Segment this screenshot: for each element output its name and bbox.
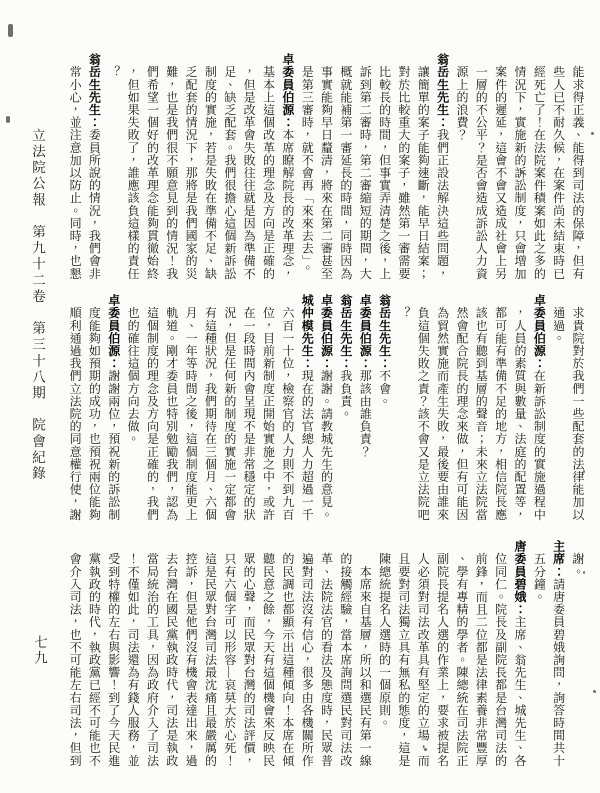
gazette-scanned-page: 立法院公報 第九十二卷 第三十八期 院會紀錄 七九 能求得正義、能得到司法的保障… [0,0,600,793]
text-column: ？ [394,294,413,530]
text-column: 去台灣在國民黨執政時代，司法是執政 [161,540,180,776]
text-column: 事實能夠早日釐清，將來在第二審甚至 [316,53,335,289]
speaker-name: 卓委員伯源： [107,294,121,370]
text-column: ？ [103,53,122,289]
speech-column: 翁岳生先生：委員所說的情況，我們會非 [84,53,103,289]
text-register-top: 能求得正義、能得到司法的保障，但有 些人已不耐久候，在案件尚未結束時已 經死亡了… [64,53,587,289]
text-column: 順利通過我們立法院的同意權行使，謝 [65,294,84,530]
text-column: 副院長提名人選的作業上，要求被提名 [432,540,451,776]
speaker-name: 主席： [552,540,566,578]
text-column: ，但如果失敗了，誰應該負這樣的責任 [123,53,142,289]
speaker-name: 唐委員碧娥： [513,540,527,616]
speaker-name: 卓委員伯源： [320,294,334,370]
text-column: 受到特權的左右與影響！到了今天民進 [103,540,122,776]
text-column: 然會配合院長的理念來做，但有可能因 [452,294,471,530]
speech-column: 翁岳生先生：我負責。 [336,294,355,530]
speaker-name: 翁岳生先生： [436,53,450,129]
text-register-bottom: 謝。主席：請唐委員碧娥詢問，詢答時間共十 五分鐘。唐委員碧娥：主席、翁先生、城先… [64,540,587,776]
speech-column: 卓委員伯源：在新訴訟制度的實施過程中 [529,294,548,530]
speech-column: 翁岳生先生：我們正設法解決這些問題， [432,53,451,289]
text-column: 該也有聽到基層的聲音；未來立法院當 [471,294,490,530]
text-column: 為貿然實施而產生失敗，最後要由誰來 [432,294,451,530]
text-column: 們希望一個好的改革理念能夠貫徹始終 [142,53,161,289]
text-column: 陳總統提名人選時的一個原則。 [374,540,393,776]
text-column: 制度的實施，若是失敗在準備不足、缺 [200,53,219,289]
speaker-name: 翁岳生先生： [378,294,392,370]
text-column: 位同仁。院長及副院長都是台灣司法的 [490,540,509,776]
text-column: 軌道。剛才委員也特別勉勵我們，認為 [161,294,180,530]
text-column: 是第三審時，就不會再「來來去去」。 [297,53,316,289]
text-column: 聽民意之餘，今天有這個機會來反映民 [258,540,277,776]
scan-speck [583,571,585,574]
speech-column: 主席：請唐委員碧娥詢問，詢答時間共十 [548,540,567,776]
text-column: 源上的浪費？ [452,53,471,289]
text-column: 通過。 [548,294,567,530]
speaker-name: 翁岳生先生： [87,53,101,129]
text-column: 在一段時間內會呈現不是非常穩定的狀 [239,294,258,530]
scan-speck [424,748,427,751]
text-column: 本席來自基層，所以和選民有第一線 [355,540,374,776]
speech-column: 卓委員伯源：那該由誰負責？ [355,294,374,530]
text-column: 一層的不公平？是否會造成訴訟人力資 [471,53,490,289]
journal-caption: 立法院公報 第九十二卷 第三十八期 院會紀錄 [27,128,47,482]
text-column: 讓簡單的案子能夠速斷，能早日結案； [413,53,432,289]
text-column: 且要對司法獨立具有無私的態度，這是 [394,540,413,776]
text-column: 月、一年等時間之後，這個制度能更上 [181,294,200,530]
text-column: 經死亡了！在法院案件積案如此之多的 [529,53,548,289]
text-column: 的接觸經驗，當本席詢問選民對司法改 [336,540,355,776]
text-column: 負這個失敗之責？該不會又是立法院吧 [413,294,432,530]
scan-speck [520,170,523,174]
speech-column: 城仲模先生：現在的法官總人力超過一千 [297,294,316,530]
speaker-name: 卓委員伯源： [532,294,546,370]
text-column: 這是民眾對台灣司法最沈痛且最嚴厲的 [200,540,219,776]
text-column: 乏配套的情況下，那將是我們國家的災 [181,53,200,289]
speaker-name: 卓委員伯源： [358,294,372,370]
text-column: 五分鐘。 [529,540,548,776]
text-column: 革、法院法官的看法及態度時，民眾普 [316,540,335,776]
text-column: 當局統治的工具，因為政府介入了司法 [142,540,161,776]
text-column: 人必須對司法改革具有堅定的立場，而 [413,540,432,776]
text-column: 也的確往這個方向去做。 [123,294,142,530]
text-column: 對於比較重大的案子，雖然第一審需要 [394,53,413,289]
text-column: 難，也是我們很不願意見到的情況！我 [161,53,180,289]
text-column: 黨執政的時代，執政黨已經不可能也不 [84,540,103,776]
text-column: ！不僅如此，司法還為有錢人服務，並 [123,540,142,776]
scan-speck [593,690,596,693]
speaker-name: 卓委員伯源： [281,53,295,129]
speaker-name: 城仲模先生： [300,294,314,370]
speech-column: 翁岳生先生：不會。 [374,294,393,530]
text-column: 前鋒，而且二位都是法律素養非常豐厚 [471,540,490,776]
text-column: 概就能補第一審延長的時間，同時因為 [336,53,355,289]
scan-speck [591,132,594,135]
speaker-name: 翁岳生先生： [339,294,353,370]
text-column: 能求得正義、能得到司法的保障，但有 [568,53,587,289]
text-column: ，人員的素質與數量、法庭的配置等， [510,294,529,530]
text-column: 比較長的時間，但事實弄清楚之後，上 [374,53,393,289]
text-column: 些人已不耐久候，在案件尚未結束時已 [548,53,567,289]
text-column: ，但是改革會失敗往往就是因為準備不 [239,53,258,289]
text-column: 遍對司法沒有信心，很多由各機關所作 [297,540,316,776]
text-column: 的民調也都顯示出這種傾向！本席在傾 [278,540,297,776]
scan-speck [8,24,13,37]
text-column: 況，但是任何新的制度的實施一定都會 [219,294,238,530]
speech-column: 卓委員伯源：本席瞭解院長的改革理念， [278,53,297,289]
text-column: 、學有專精的學者。陳總統在司法院正 [452,540,471,776]
scan-speck [583,470,585,473]
text-column: 謝。 [568,540,587,776]
text-column: 基本上這個改革的理念及方向是正確的 [258,53,277,289]
text-column: 有這種狀況，我們期待在三個月、六個 [200,294,219,530]
text-column: 訴到第二審時，第二審縮短的期間，大 [355,53,374,289]
scan-speck [6,116,10,123]
speech-column: 卓委員伯源：謝謝兩位，預祝新的訴訟制 [103,294,122,530]
folio-page-number: 七九 [29,635,49,666]
text-column: 會介入司法，也不可能左右司法，但到 [65,540,84,776]
text-column: 案件的遲延，這會不會又造成社會上另 [490,53,509,289]
text-register-middle: 求貴院對於我們一些配套的法律能加以 通過。卓委員伯源：在新訴訟制度的實施過程中 … [64,294,587,530]
text-column: 都可能有準備不足的地方，相信院長應 [490,294,509,530]
text-column: 控訴，但是他們沒有機會表達出來，過 [181,540,200,776]
text-column: 常小心，並注意加以防止。同時，也懇 [65,53,84,289]
text-column: 位，目前新制度正開始實施之中，或許 [258,294,277,530]
text-column: 足、缺乏配套。我們很擔心這個新訴訟 [219,53,238,289]
speech-column: 唐委員碧娥：主席、翁先生、城先生、各 [510,540,529,776]
text-column: 求貴院對於我們一些配套的法律能加以 [568,294,587,530]
text-column: 這個制度的理念及方向是正確的，我們 [142,294,161,530]
text-column: 眾的心聲，而民眾對台灣的司法評價， [239,540,258,776]
text-column: 度能夠如預期的成功，也預祝兩位能夠 [84,294,103,530]
text-column: 只有六個字可以形容—哀莫大於心死！ [219,540,238,776]
text-column: 六百一十位，檢察官的人力則不到九百 [278,294,297,530]
speech-column: 卓委員伯源：謝謝。請教城先生的意見。 [316,294,335,530]
